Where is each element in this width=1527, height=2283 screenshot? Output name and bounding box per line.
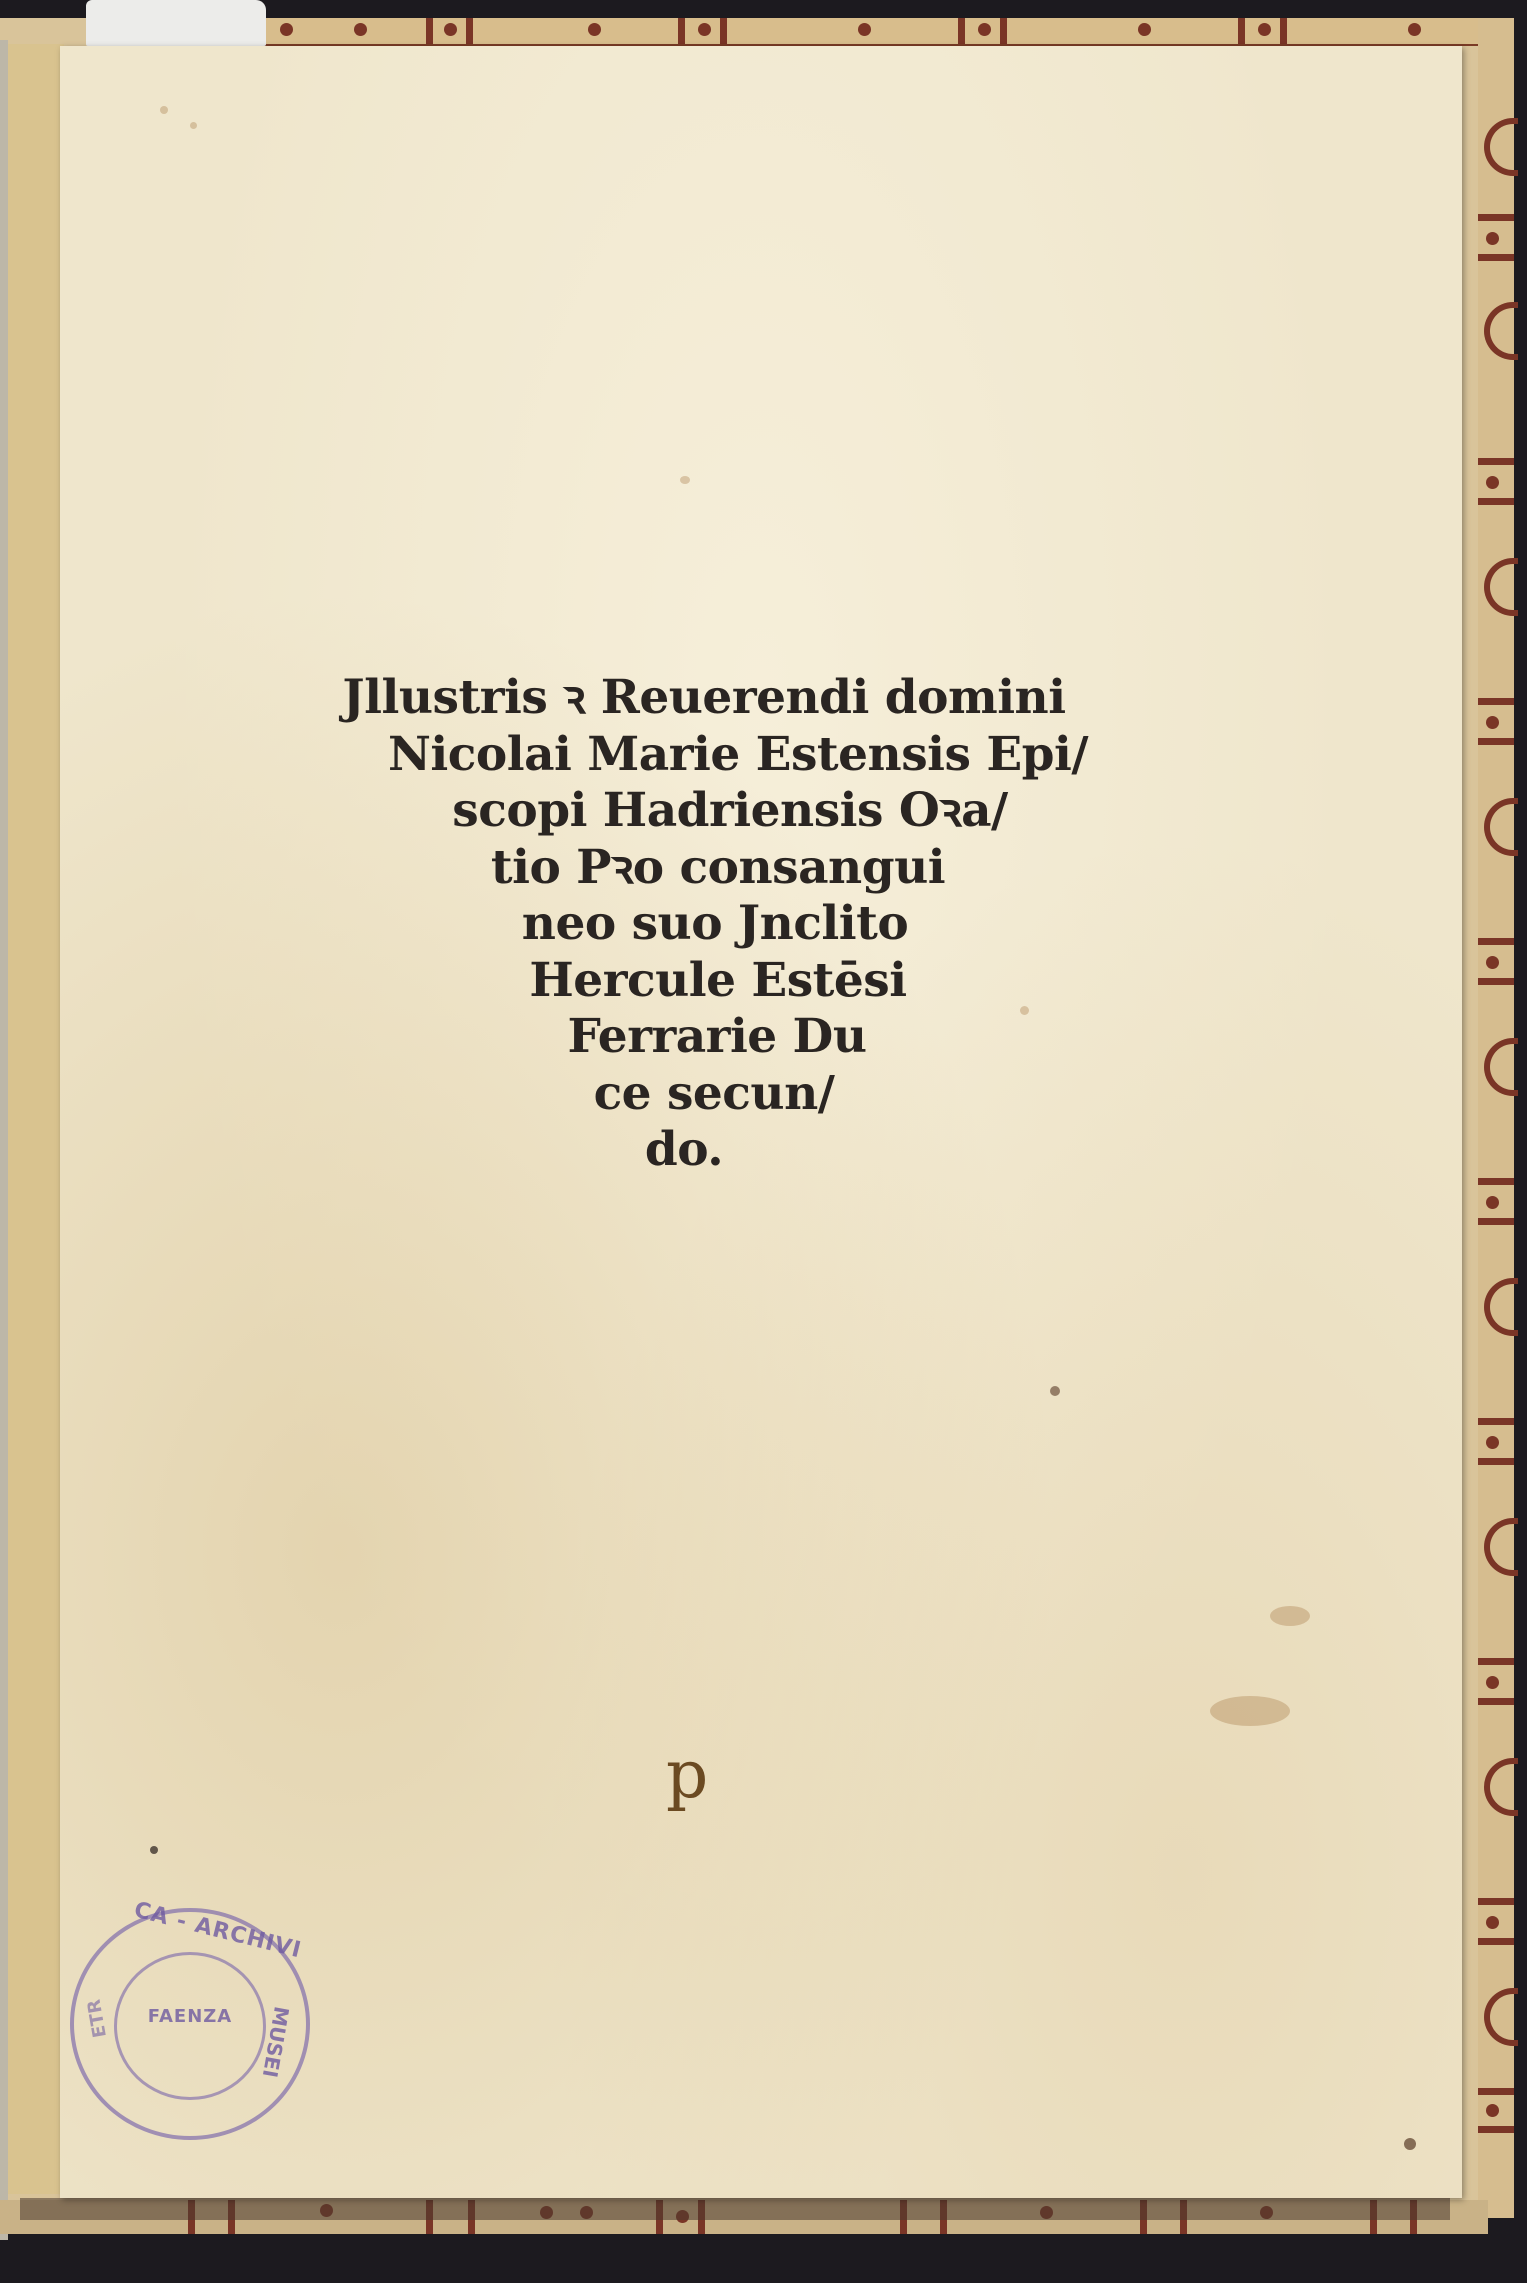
ornament-bar (1478, 1898, 1514, 1905)
ornament-rosette (1484, 558, 1518, 616)
ornament-dot (1486, 716, 1499, 729)
ornament-bar (958, 18, 965, 44)
stamp-center-text: FAENZA (74, 2006, 306, 2027)
title-line: Jllustris ꝛ Reuerendi domini (3, 670, 1405, 727)
foxing-spot (190, 122, 197, 129)
ornament-rosette (1484, 798, 1518, 856)
title-line: neo suo Jnclito (14, 896, 1416, 953)
stain (1270, 1606, 1310, 1626)
ornament-bar (426, 18, 433, 44)
ornament-rosette (1484, 1038, 1518, 1096)
ornament-dot (1486, 1676, 1499, 1689)
page-shadow (20, 2198, 1450, 2220)
ornament-bar (1478, 1698, 1514, 1705)
ornament-dot (1486, 1196, 1499, 1209)
ornament-dot (1258, 23, 1271, 36)
ornament-rosette (1484, 118, 1518, 176)
title-line: scopi Hadriensis Oꝛa/ (29, 783, 1431, 840)
ornament-dot (978, 23, 991, 36)
title-line: Ferrarie Du (16, 1009, 1418, 1066)
title-text: Jllustris ꝛ Reuerendi domini Nicolai Mar… (60, 670, 1462, 1179)
ornament-bar (1478, 938, 1514, 945)
ornament-bar (466, 18, 473, 44)
title-page: Jllustris ꝛ Reuerendi domini Nicolai Mar… (60, 46, 1462, 2198)
ornament-dot (444, 23, 457, 36)
ornament-bar (1478, 214, 1514, 221)
ornament-bar (1478, 698, 1514, 705)
ornament-dot (1486, 1436, 1499, 1449)
ornament-bar (1478, 978, 1514, 985)
ornament-bar (1478, 458, 1514, 465)
ornament-bar (1478, 1178, 1514, 1185)
ornament-dot (354, 23, 367, 36)
ornament-dot (1138, 23, 1151, 36)
ornament-dot (1486, 232, 1499, 245)
title-line: Nicolai Marie Estensis Epi/ (37, 727, 1439, 784)
ornament-bar (1478, 2126, 1514, 2133)
ornament-dot (280, 23, 293, 36)
title-line: do. (0, 1122, 1385, 1179)
ornament-dot (1486, 476, 1499, 489)
ornament-rosette (1484, 1758, 1518, 1816)
ornament-dot (588, 23, 601, 36)
title-line: tio Pꝛo consangui (17, 840, 1419, 897)
ornament-bar (1478, 1658, 1514, 1665)
ornament-rosette (1484, 302, 1518, 360)
ornament-dot (858, 23, 871, 36)
ornament-rosette (1484, 1518, 1518, 1576)
foxing-spot (1404, 2138, 1416, 2150)
ornament-bar (1478, 738, 1514, 745)
ornament-rosette (1484, 1278, 1518, 1336)
library-stamp: CA - ARCHIVI MUSEI ETR FAENZA (70, 1908, 310, 2140)
ornament-bar (1478, 1218, 1514, 1225)
ornament-dot (1486, 2104, 1499, 2117)
ornament-rosette (1484, 1988, 1518, 2046)
ornament-bar (1000, 18, 1007, 44)
ornament-bar (678, 18, 685, 44)
ornament-bar (1478, 1938, 1514, 1945)
decorative-border-top (258, 18, 1488, 46)
ornament-bar (1280, 18, 1287, 44)
foxing-spot (160, 106, 168, 114)
ornament-dot (1486, 1916, 1499, 1929)
manuscript-mark: p (666, 1742, 708, 1808)
ornament-dot (1408, 23, 1421, 36)
foxing-spot (150, 1846, 158, 1854)
ornament-bar (1478, 498, 1514, 505)
foxing-spot (1050, 1386, 1060, 1396)
ornament-bar (1238, 18, 1245, 44)
title-line: ce secun/ (13, 1066, 1415, 1123)
title-line: Hercule Estēsi (17, 953, 1419, 1010)
ornament-bar (720, 18, 727, 44)
ornament-bar (1478, 2088, 1514, 2095)
paper-tab (86, 0, 266, 46)
ornament-bar (1478, 254, 1514, 261)
ornament-dot (1486, 956, 1499, 969)
stain (1210, 1696, 1290, 1726)
ornament-dot (698, 23, 711, 36)
ornament-bar (1478, 1418, 1514, 1425)
stamp-ring-text: CA - ARCHIVI (132, 1898, 304, 1964)
foxing-spot (680, 476, 690, 484)
ornament-bar (1478, 1458, 1514, 1465)
decorative-border-right (1478, 18, 1514, 2218)
